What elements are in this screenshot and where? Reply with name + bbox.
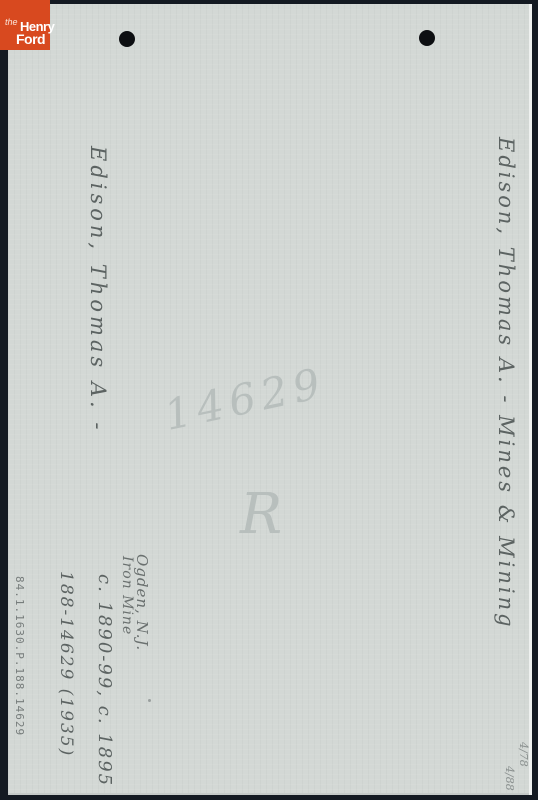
punch-hole-right bbox=[419, 30, 435, 46]
negative-number: 188-14629 (1935) bbox=[56, 571, 76, 757]
logo-ford: Ford bbox=[16, 31, 45, 47]
accession-number: 84.1.1630.P.188.14629 bbox=[13, 576, 26, 736]
location-line-1: Ogden, N.J. bbox=[133, 554, 151, 651]
subject-heading: Edison, Thomas A. - Mines & Mining bbox=[494, 137, 518, 630]
location-line-2: Iron Mine bbox=[119, 556, 135, 635]
card-edge bbox=[529, 4, 532, 795]
pencil-dot bbox=[148, 699, 151, 702]
corner-mark-1: 4/78 bbox=[516, 742, 530, 767]
archival-card: Edison, Thomas A. - Mines & Mining Ediso… bbox=[8, 4, 532, 795]
logo-the: the bbox=[5, 17, 18, 27]
faint-catalog-number: 14629 bbox=[160, 358, 330, 440]
faint-letter-mark: R bbox=[240, 482, 282, 547]
scan-background: Edison, Thomas A. - Mines & Mining Ediso… bbox=[0, 0, 538, 800]
date-range: c. 1890-99, c. 1895 bbox=[94, 574, 115, 787]
name-heading: Edison, Thomas A. - bbox=[86, 146, 110, 433]
punch-hole-left bbox=[119, 31, 135, 47]
corner-mark-2: 4/88 bbox=[502, 766, 516, 791]
henry-ford-logo: the Henry Ford bbox=[0, 0, 50, 50]
